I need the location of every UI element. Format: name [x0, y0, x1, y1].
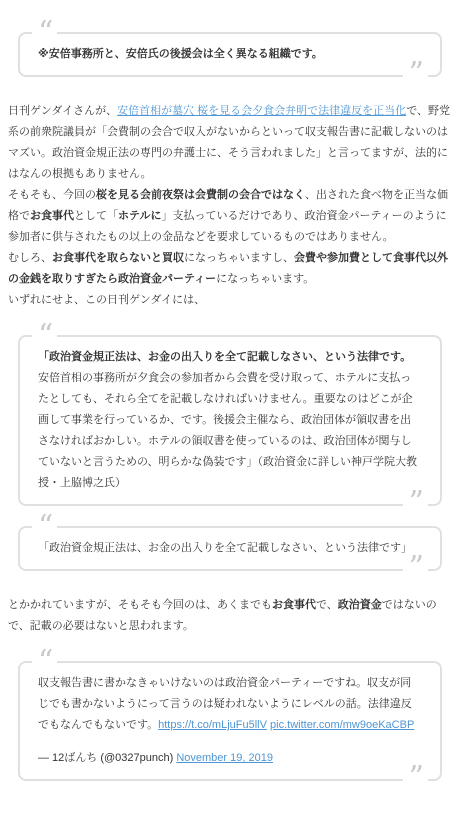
- quote-close-icon: ”: [403, 495, 428, 511]
- text-run: そもそも、今回の: [8, 189, 96, 201]
- bold-text: お食事代を取らないと買収: [52, 252, 184, 264]
- quote-expert-text: 「政治資金規正法は、お金の出入りを全て記載しなさい、という法律です。安倍首相の事…: [38, 347, 422, 494]
- text-run: むしろ、: [8, 252, 52, 264]
- quote-note-text: ※安倍事務所と、安倍氏の後援会は全く異なる組織です。: [38, 44, 422, 65]
- paragraph-5: とかかれていますが、そもそも今回のは、あくまでもお食事代で、政治資金ではないので…: [8, 595, 452, 637]
- text-run: — 12ばんち (@0327punch): [38, 752, 176, 764]
- text-run: 「政治資金規正法は、お金の出入りを全て記載しなさい、という法律です」: [38, 542, 412, 554]
- text-run: として「: [74, 210, 118, 222]
- quote-close-icon: ”: [403, 560, 428, 576]
- paragraph-4: いずれにせよ、この日刊ゲンダイには、: [8, 290, 452, 311]
- text-run: とかかれていますが、そもそも今回のは、あくまでも: [8, 599, 272, 611]
- text-run: で、: [316, 599, 338, 611]
- quote-open-icon: “: [32, 654, 57, 670]
- quote-open-icon: “: [32, 328, 57, 344]
- quote-close-icon: ”: [403, 770, 428, 786]
- bold-text: お食事代: [30, 210, 74, 222]
- quote-box-law: “ 「政治資金規正法は、お金の出入りを全て記載しなさい、という法律です」 ”: [18, 526, 442, 571]
- bold-text: ホテルに: [118, 210, 161, 222]
- quote-box-note: “ ※安倍事務所と、安倍氏の後援会は全く異なる組織です。 ”: [18, 32, 442, 77]
- quote-open-icon: “: [32, 25, 57, 41]
- quote-law-text: 「政治資金規正法は、お金の出入りを全て記載しなさい、という法律です」: [38, 538, 422, 559]
- bold-text: ※安倍事務所と、安倍氏の後援会は全く異なる組織です。: [38, 48, 323, 60]
- body-section-2: とかかれていますが、そもそも今回のは、あくまでもお食事代で、政治資金ではないので…: [8, 595, 452, 637]
- quote-close-icon: ”: [403, 66, 428, 82]
- gendai-article-link[interactable]: 安倍首相が墓穴 桜を見る会夕食会弁明で法律違反を正当化: [117, 105, 406, 117]
- quote-box-tweet: “ 収支報告書に書かなきゃいけないのは政治資金パーティーですね。収支が同じでも書…: [18, 661, 442, 781]
- bold-text: 「政治資金規正法は、お金の出入りを全て記載しなさい、という法律です。: [38, 351, 411, 363]
- article-content: “ ※安倍事務所と、安倍氏の後援会は全く異なる組織です。 ” 日刊ゲンダイさんが…: [0, 0, 460, 817]
- tweet-date-link[interactable]: November 19, 2019: [176, 752, 273, 764]
- paragraph-3: むしろ、お食事代を取らないと買収になっちゃいますし、会費や参加費として食事代以外…: [8, 248, 452, 290]
- tweet-attribution: — 12ばんち (@0327punch) November 19, 2019: [38, 748, 422, 769]
- quote-open-icon: “: [32, 519, 57, 535]
- text-run: になっちゃいますし、: [184, 252, 294, 264]
- paragraph-2: そもそも、今回の桜を見る会前夜祭は会費制の会合ではなく、出された食べ物を正当な価…: [8, 185, 452, 248]
- paragraph-1: 日刊ゲンダイさんが、安倍首相が墓穴 桜を見る会夕食会弁明で法律違反を正当化で、野…: [8, 101, 452, 185]
- body-section-1: 日刊ゲンダイさんが、安倍首相が墓穴 桜を見る会夕食会弁明で法律違反を正当化で、野…: [8, 101, 452, 311]
- tweet-pic-link[interactable]: pic.twitter.com/mw9oeKaCBP: [270, 719, 414, 731]
- bold-text: 政治資金: [338, 599, 382, 611]
- quote-box-expert: “ 「政治資金規正法は、お金の出入りを全て記載しなさい、という法律です。安倍首相…: [18, 335, 442, 506]
- tweet-body-text: 収支報告書に書かなきゃいけないのは政治資金パーティーですね。収支が同じでも書かな…: [38, 673, 422, 736]
- text-run: になっちゃいます。: [216, 273, 314, 285]
- bold-text: お食事代: [272, 599, 316, 611]
- text-run: いずれにせよ、この日刊ゲンダイには、: [8, 294, 205, 306]
- tweet-tco-link[interactable]: https://t.co/mLjuFu5llV: [158, 719, 267, 731]
- text-run: 日刊ゲンダイさんが、: [8, 105, 117, 117]
- bold-text: 桜を見る会前夜祭は会費制の会合ではなく: [96, 189, 305, 201]
- text-run: 安倍首相の事務所が夕食会の参加者から会費を受け取って、ホテルに支払ったとしても、…: [38, 372, 417, 489]
